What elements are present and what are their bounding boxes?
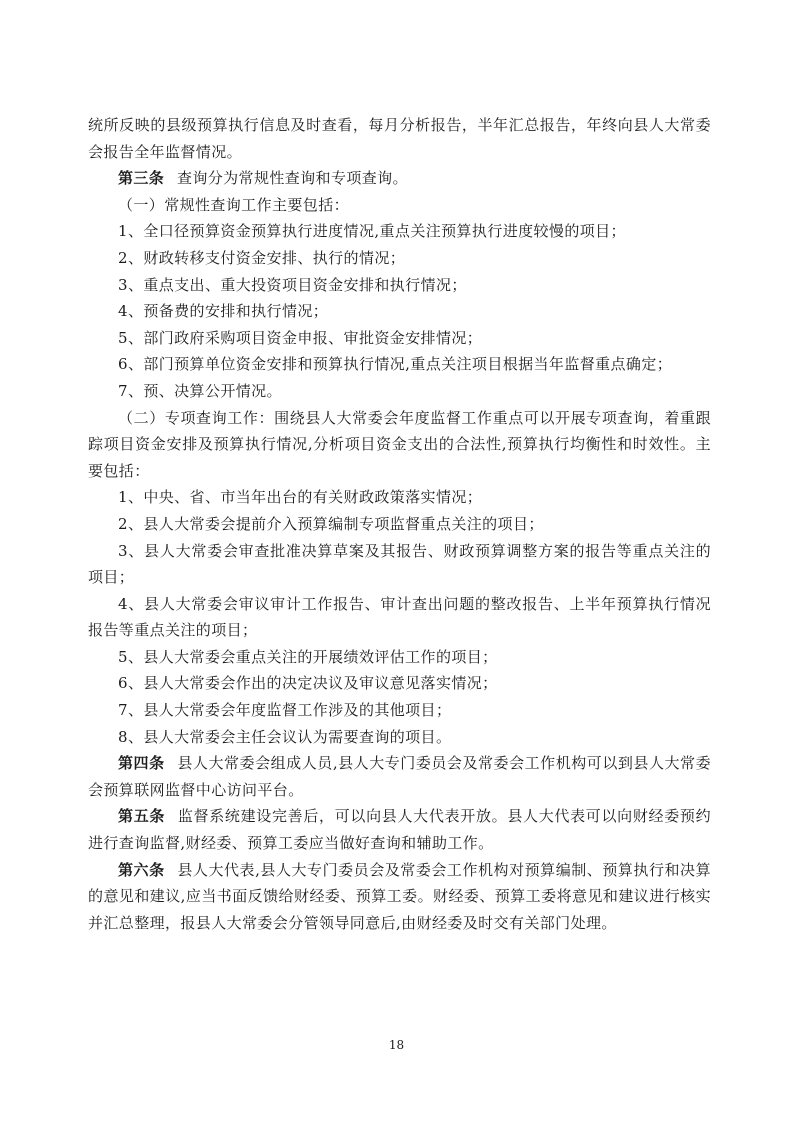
paragraph: 2、县人大常委会提前介入预算编制专项监督重点关注的项目； xyxy=(88,511,711,538)
paragraph: 第三条查询分为常规性查询和专项查询。 xyxy=(88,165,711,192)
paragraph-text: 6、部门预算单位资金安排和预算执行情况,重点关注项目根据当年监督重点确定； xyxy=(118,355,672,373)
paragraph: 2、财政转移支付资金安排、执行的情况； xyxy=(88,245,711,272)
paragraph-text: 6、县人大常委会作出的决定决议及审议意见落实情况； xyxy=(118,674,498,692)
document-body: 统所反映的县级预算执行信息及时查看，每月分析报告，半年汇总报告，年终向县人大常委… xyxy=(88,112,711,936)
paragraph: 第六条县人大代表,县人大专门委员会及常委会工作机构对预算编制、预算执行和决算的意… xyxy=(88,857,711,937)
paragraph-text: 7、预、决算公开情况。 xyxy=(118,382,282,400)
paragraph: 统所反映的县级预算执行信息及时查看，每月分析报告，半年汇总报告，年终向县人大常委… xyxy=(88,112,711,165)
paragraph-text: 2、财政转移支付资金安排、执行的情况； xyxy=(118,249,405,267)
paragraph-text: 8、县人大常委会主任会议认为需要查询的项目。 xyxy=(118,728,451,746)
paragraph: 1、中央、省、市当年出台的有关财政政策落实情况； xyxy=(88,484,711,511)
paragraph-text: 县人大常委会组成人员,县人大专门委员会及常委会工作机构可以到县人大常委会预算联网… xyxy=(88,754,711,799)
paragraph-text: 统所反映的县级预算执行信息及时查看，每月分析报告，半年汇总报告，年终向县人大常委… xyxy=(88,116,711,161)
paragraph: 8、县人大常委会主任会议认为需要查询的项目。 xyxy=(88,724,711,751)
paragraph: 3、重点支出、重大投资项目资金安排和执行情况； xyxy=(88,272,711,299)
article-number: 第四条 xyxy=(118,754,165,772)
page-number: 18 xyxy=(0,1038,793,1052)
paragraph-text: 4、预备费的安排和执行情况； xyxy=(118,302,328,320)
paragraph-text: 1、全口径预算资金预算执行进度情况,重点关注预算执行进度较慢的项目； xyxy=(118,222,626,240)
paragraph-text: 2、县人大常委会提前介入预算编制专项监督重点关注的项目； xyxy=(118,515,544,533)
paragraph: 第五条监督系统建设完善后，可以向县人大代表开放。县人大代表可以向财经委预约进行查… xyxy=(88,803,711,856)
document-page: 统所反映的县级预算执行信息及时查看，每月分析报告，半年汇总报告，年终向县人大常委… xyxy=(0,0,793,1122)
paragraph-text: 4、县人大常委会审议审计工作报告、审计查出问题的整改报告、上半年预算执行情况报告… xyxy=(88,595,711,640)
paragraph: 5、部门政府采购项目资金申报、审批资金安排情况； xyxy=(88,325,711,352)
paragraph: 7、县人大常委会年度监督工作涉及的其他项目； xyxy=(88,697,711,724)
paragraph-text: 7、县人大常委会年度监督工作涉及的其他项目； xyxy=(118,701,451,719)
paragraph-text: 1、中央、省、市当年出台的有关财政政策落实情况； xyxy=(118,488,482,506)
article-number: 第六条 xyxy=(118,861,165,879)
paragraph-text: （二）专项查询工作：围绕县人大常委会年度监督工作重点可以开展专项查询，着重跟踪项… xyxy=(88,409,711,480)
paragraph: 4、县人大常委会审议审计工作报告、审计查出问题的整改报告、上半年预算执行情况报告… xyxy=(88,591,711,644)
paragraph-text: 5、部门政府采购项目资金申报、审批资金安排情况； xyxy=(118,329,482,347)
paragraph-text: （一）常规性查询工作主要包括： xyxy=(118,196,349,214)
paragraph-text: 5、县人大常委会重点关注的开展绩效评估工作的项目； xyxy=(118,648,498,666)
paragraph: 第四条县人大常委会组成人员,县人大专门委员会及常委会工作机构可以到县人大常委会预… xyxy=(88,750,711,803)
article-number: 第五条 xyxy=(118,807,165,825)
paragraph-text: 监督系统建设完善后，可以向县人大代表开放。县人大代表可以向财经委预约进行查询监督… xyxy=(88,807,711,852)
paragraph-text: 3、县人大常委会审查批准决算草案及其报告、财政预算调整方案的报告等重点关注的项目… xyxy=(88,542,711,587)
paragraph-text: 查询分为常规性查询和专项查询。 xyxy=(177,169,408,187)
paragraph: 1、全口径预算资金预算执行进度情况,重点关注预算执行进度较慢的项目； xyxy=(88,218,711,245)
paragraph: 5、县人大常委会重点关注的开展绩效评估工作的项目； xyxy=(88,644,711,671)
paragraph: （一）常规性查询工作主要包括： xyxy=(88,192,711,219)
paragraph: 4、预备费的安排和执行情况； xyxy=(88,298,711,325)
paragraph-text: 县人大代表,县人大专门委员会及常委会工作机构对预算编制、预算执行和决算的意见和建… xyxy=(88,861,711,932)
paragraph: 7、预、决算公开情况。 xyxy=(88,378,711,405)
paragraph: （二）专项查询工作：围绕县人大常委会年度监督工作重点可以开展专项查询，着重跟踪项… xyxy=(88,405,711,485)
paragraph: 6、县人大常委会作出的决定决议及审议意见落实情况； xyxy=(88,670,711,697)
paragraph: 6、部门预算单位资金安排和预算执行情况,重点关注项目根据当年监督重点确定； xyxy=(88,351,711,378)
article-number: 第三条 xyxy=(118,169,164,187)
paragraph: 3、县人大常委会审查批准决算草案及其报告、财政预算调整方案的报告等重点关注的项目… xyxy=(88,538,711,591)
paragraph-text: 3、重点支出、重大投资项目资金安排和执行情况； xyxy=(118,276,467,294)
